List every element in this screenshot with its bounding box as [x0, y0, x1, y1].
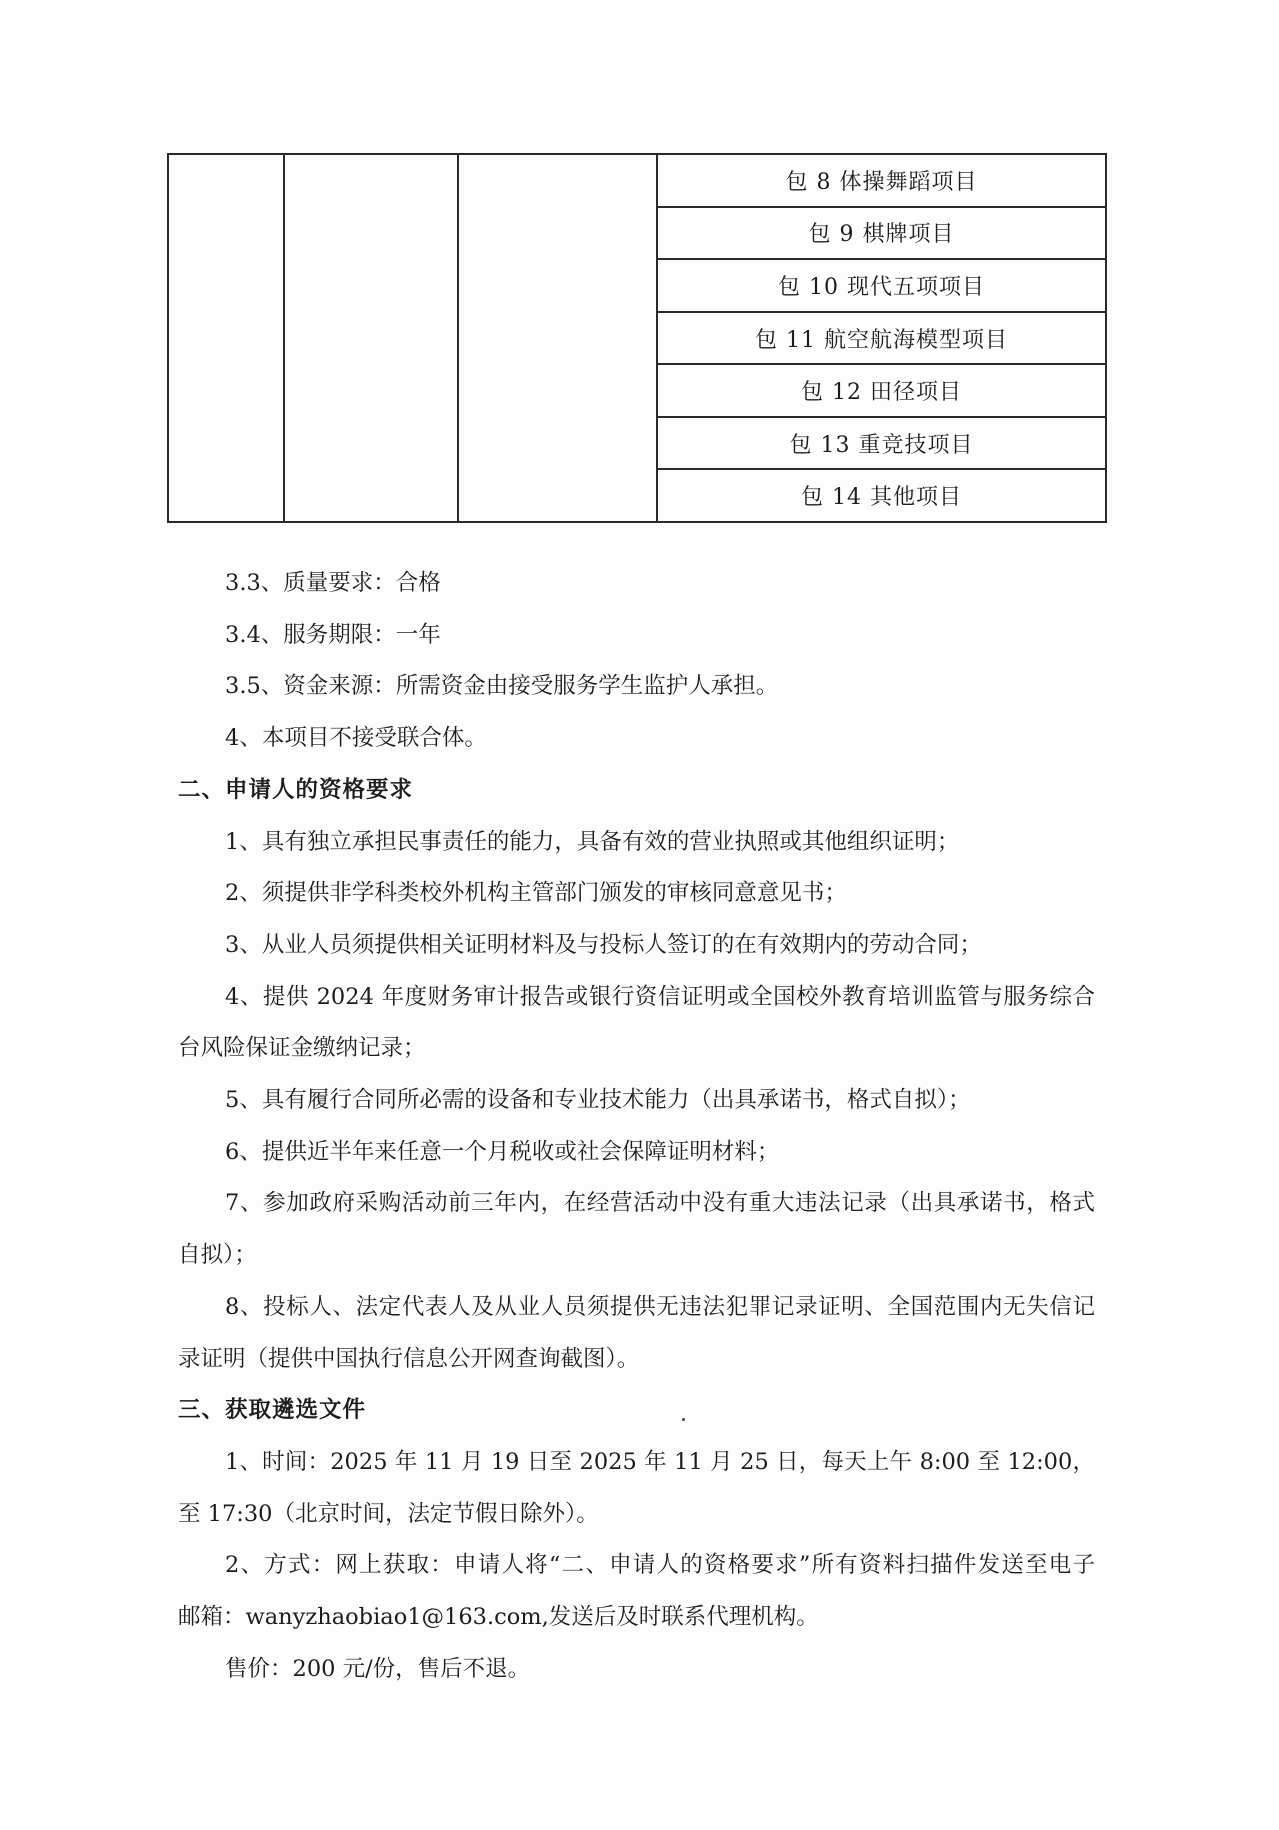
acquisition-time-line-1: 1、时间：2025 年 11 月 19 日至 2025 年 11 月 25 日，… [225, 1436, 1095, 1488]
scan-speck [682, 1418, 685, 1421]
consortium-note: 4、本项目不接受联合体。 [225, 712, 487, 764]
requirement-item-8-line-1: 8、投标人、法定代表人及从业人员须提供无违法犯罪记录证明、全国范围内无失信记 [225, 1281, 1095, 1333]
section-2-heading: 二、申请人的资格要求 [178, 764, 413, 816]
acquisition-method-line-1: 2、方式：网上获取：申请人将“二、申请人的资格要求”所有资料扫描件发送至电子 [225, 1539, 1095, 1591]
section-3-heading: 三、获取遴选文件 [178, 1384, 366, 1436]
table-cell-package-11: 包 11 航空航海模型项目 [658, 313, 1105, 366]
table-cell-package-13: 包 13 重竞技项目 [658, 418, 1105, 471]
service-period: 3.4、服务期限：一年 [225, 609, 441, 661]
acquisition-time-line-2: 至 17:30（北京时间，法定节假日除外）。 [178, 1488, 599, 1540]
package-column: 包 8 体操舞蹈项目 包 9 棋牌项目 包 10 现代五项项目 包 11 航空航… [658, 155, 1105, 521]
package-table: 包 8 体操舞蹈项目 包 9 棋牌项目 包 10 现代五项项目 包 11 航空航… [167, 153, 1107, 523]
document-price: 售价：200 元/份，售后不退。 [225, 1643, 530, 1695]
table-cell-package-10: 包 10 现代五项项目 [658, 260, 1105, 313]
requirement-item-5: 5、具有履行合同所必需的设备和专业技术能力（出具承诺书，格式自拟）； [225, 1074, 971, 1126]
requirement-item-2: 2、须提供非学科类校外机构主管部门颁发的审核同意意见书； [225, 867, 847, 919]
quality-requirement: 3.3、质量要求：合格 [225, 557, 441, 609]
table-cell-package-8: 包 8 体操舞蹈项目 [658, 155, 1105, 208]
table-column-divider [283, 155, 285, 521]
requirement-item-7-line-1: 7、参加政府采购活动前三年内，在经营活动中没有重大违法记录（出具承诺书，格式 [225, 1177, 1095, 1229]
requirement-item-6: 6、提供近半年来任意一个月税收或社会保障证明材料； [225, 1126, 779, 1178]
table-cell-package-14: 包 14 其他项目 [658, 470, 1105, 521]
acquisition-method-line-2: 邮箱：wanyzhaobiao1@163.com,发送后及时联系代理机构。 [178, 1591, 819, 1643]
requirement-item-7-line-2: 自拟）； [178, 1229, 257, 1281]
requirement-item-4-line-1: 4、提供 2024 年度财务审计报告或银行资信证明或全国校外教育培训监管与服务综… [225, 971, 1095, 1023]
requirement-item-1: 1、具有独立承担民事责任的能力，具备有效的营业执照或其他组织证明； [225, 816, 959, 868]
funding-source: 3.5、资金来源：所需资金由接受服务学生监护人承担。 [225, 660, 778, 712]
requirement-item-3: 3、从业人员须提供相关证明材料及与投标人签订的在有效期内的劳动合同； [225, 919, 982, 971]
table-cell-package-9: 包 9 棋牌项目 [658, 208, 1105, 261]
requirement-item-8-line-2: 录证明（提供中国执行信息公开网查询截图）。 [178, 1333, 639, 1385]
table-cell-package-12: 包 12 田径项目 [658, 365, 1105, 418]
requirement-item-4-line-2: 台风险保证金缴纳记录； [178, 1022, 426, 1074]
table-column-divider [457, 155, 459, 521]
document-page: 包 8 体操舞蹈项目 包 9 棋牌项目 包 10 现代五项项目 包 11 航空航… [0, 0, 1279, 1830]
